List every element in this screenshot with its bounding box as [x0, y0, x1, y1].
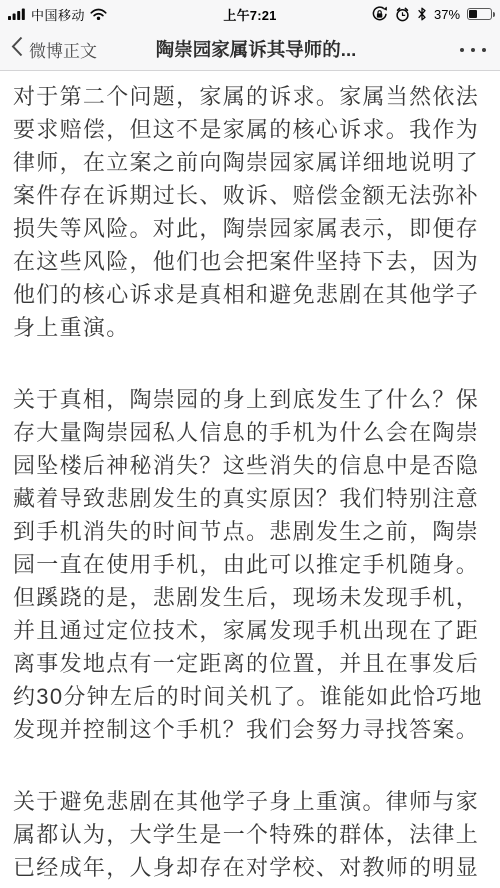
battery-percent-label: 37% — [434, 7, 460, 22]
clock-label: 上午7:21 — [223, 5, 276, 24]
back-label: 微博正文 — [29, 37, 97, 62]
weibo-article-screen: 中国移动 上午7:21 — [0, 0, 500, 888]
alarm-clock-icon — [395, 7, 410, 22]
paragraph-1: 对于第二个问题，家属的诉求。家属当然依法要求赔偿，但这不是家属的核心诉求。我作为… — [13, 80, 489, 344]
battery-nub — [493, 12, 496, 17]
status-bar: 中国移动 上午7:21 — [0, 0, 500, 28]
nav-bar: 微博正文 陶崇园家属诉其导师的... — [0, 28, 500, 71]
battery-icon — [467, 8, 492, 20]
page-title: 陶崇园家属诉其导师的... — [156, 36, 356, 62]
signal-bars-icon — [8, 8, 26, 20]
paragraph-2: 关于真相，陶崇园的身上到底发生了什么？保存大量陶崇园私人信息的手机为什么会在陶崇… — [13, 383, 489, 746]
status-left-group: 中国移动 — [8, 5, 223, 24]
back-button[interactable]: 微博正文 — [0, 36, 97, 62]
wifi-icon — [90, 8, 107, 21]
back-chevron-icon — [11, 36, 23, 62]
bluetooth-icon — [417, 7, 427, 21]
battery-fill — [469, 10, 477, 18]
more-menu-button[interactable] — [450, 38, 500, 61]
carrier-label: 中国移动 — [31, 5, 85, 24]
ellipsis-icon — [460, 48, 487, 53]
article-body: 对于第二个问题，家属的诉求。家属当然依法要求赔偿，但这不是家属的核心诉求。我作为… — [0, 71, 500, 884]
status-right-group: 37% — [277, 6, 492, 22]
orientation-lock-icon — [371, 6, 388, 22]
paragraph-3: 关于避免悲剧在其他学子身上重演。律师与家属都认为，大学生是一个特殊的群体，法律上… — [13, 785, 489, 884]
